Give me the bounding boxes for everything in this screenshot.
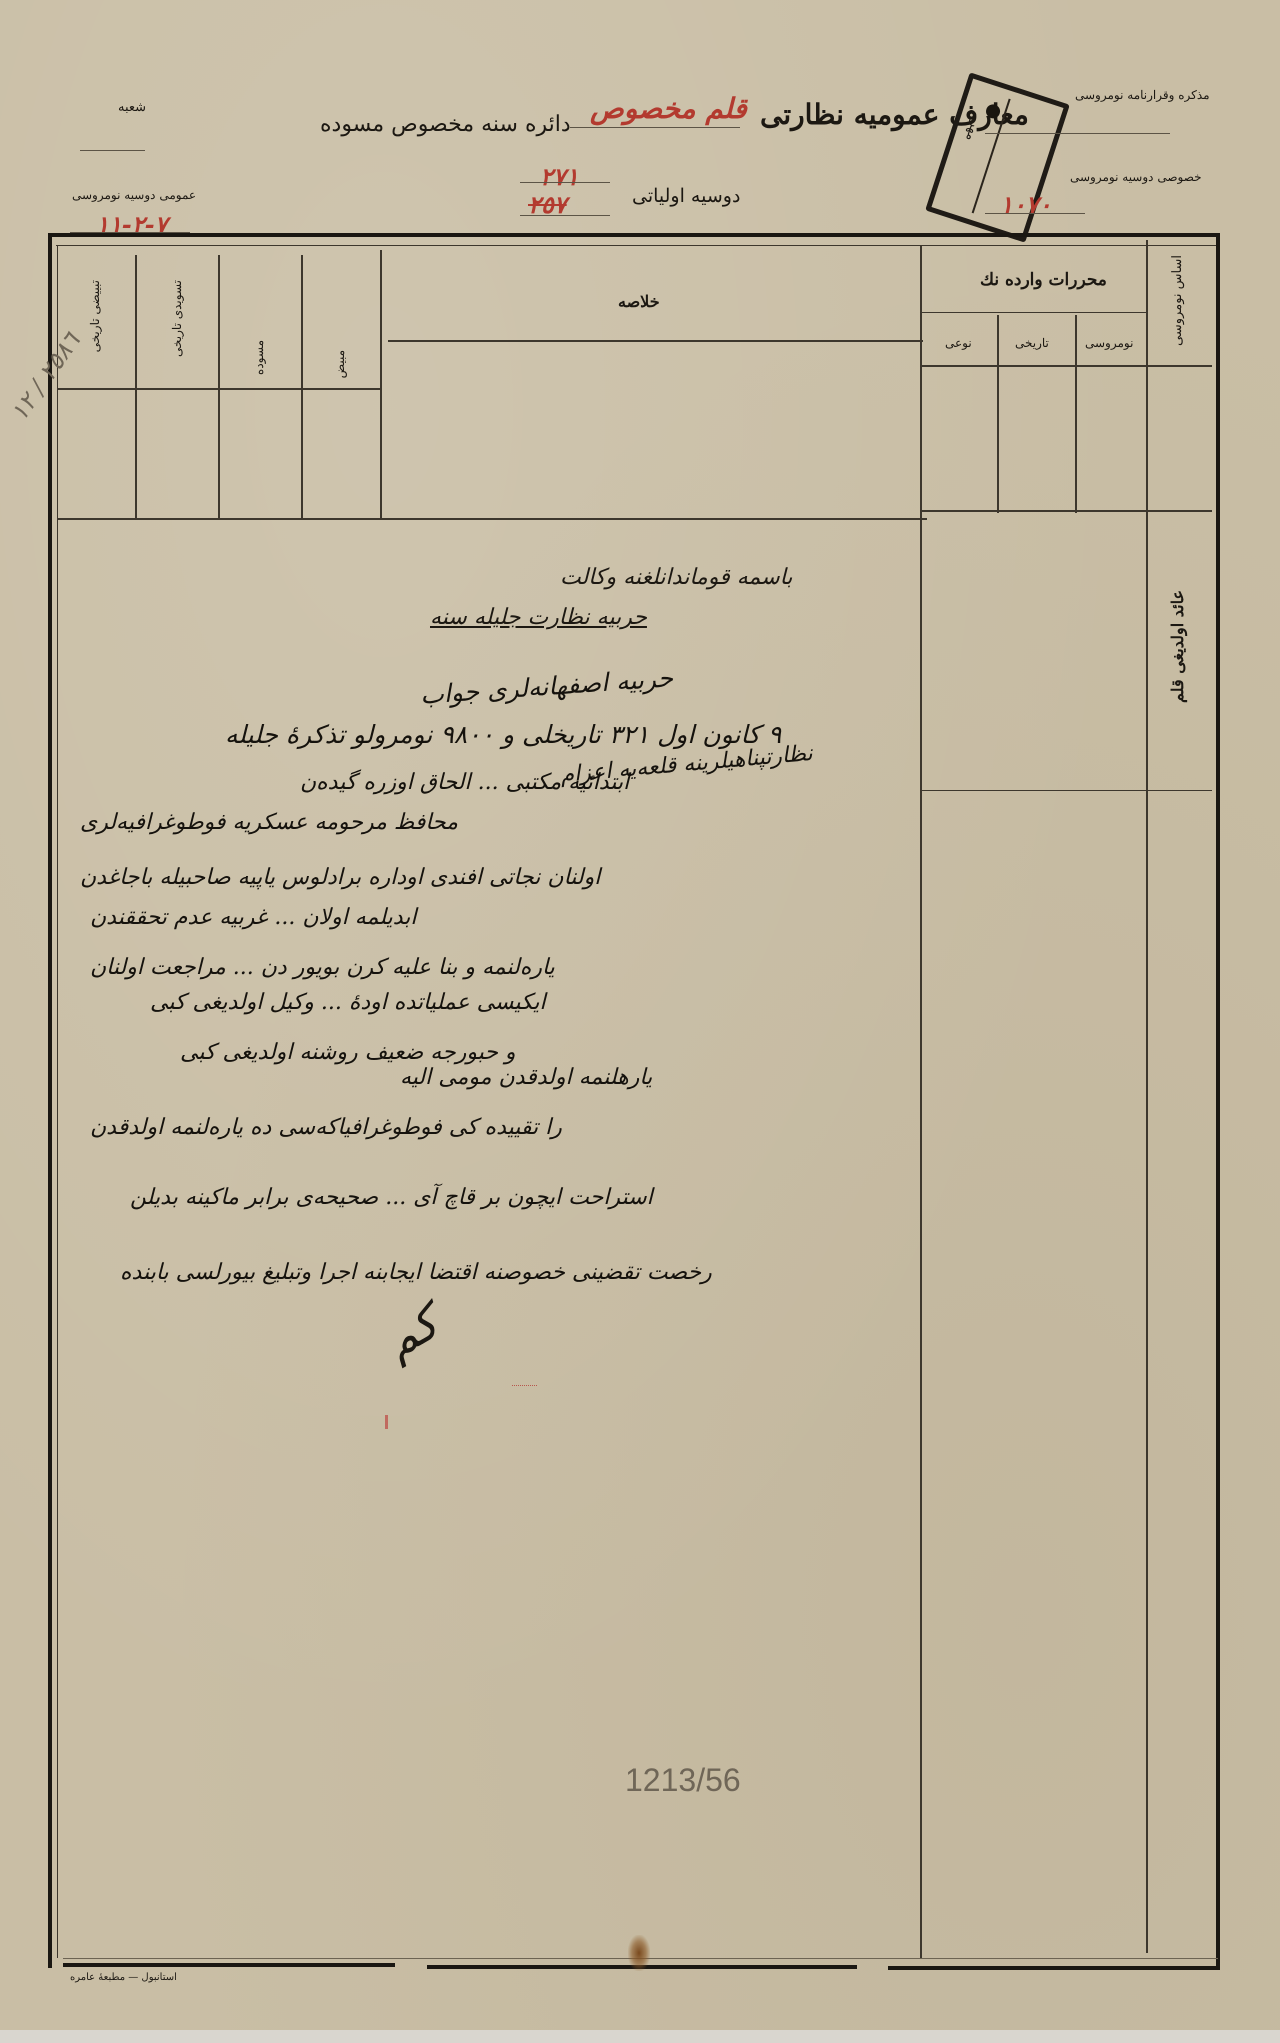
left-header-row-divider bbox=[57, 388, 380, 390]
incoming-header-divider bbox=[922, 312, 1147, 313]
related-office-divider bbox=[922, 790, 1212, 791]
incoming-papers-header: محررات وارده نك bbox=[980, 270, 1107, 290]
frame-bottom-1 bbox=[63, 1963, 395, 1967]
memo-decision-line bbox=[985, 133, 1170, 134]
frame-top bbox=[48, 233, 1220, 237]
body-line-0: حربیه اصفهانه‌لری جواب bbox=[419, 663, 674, 710]
ministry-underline bbox=[570, 127, 740, 128]
document-page: معارف عمومیه نظارتی قلم مخصوص دائره سنه … bbox=[0, 0, 1280, 2030]
header-bottom-divider bbox=[57, 518, 927, 520]
summary-header: خلاصه bbox=[618, 292, 660, 311]
body-line-1: ٩ کانون اول ٣٢١ تاریخلی و ٩٨٠٠ نومرولو ت… bbox=[225, 720, 781, 749]
incoming-date-header: تاریخی bbox=[1015, 336, 1049, 350]
red-ink-mark bbox=[512, 1385, 537, 1396]
special-dossier-line bbox=[985, 213, 1085, 214]
body-line-3: ابتدائیه مكتبی ... الحاق اوزره گیده‌ن bbox=[300, 770, 629, 795]
inner-top bbox=[56, 245, 1216, 246]
section-label: شعبه bbox=[118, 100, 146, 115]
signature: کم bbox=[375, 1295, 447, 1368]
printer-imprint: استانبول — مطبعۀ عامره bbox=[70, 1972, 177, 1983]
body-line-6: ابدیلمه اولان ... غربیه عدم تحققندن bbox=[90, 905, 417, 930]
header-clean-copy-date: تبییضی تاریخی bbox=[88, 280, 102, 352]
frame-bottom-3 bbox=[888, 1966, 1220, 1970]
related-office-header: عائد اولدیغی قلم bbox=[1168, 590, 1187, 703]
memo-decision-number-label: مذکره وقرارنامه نومروسی bbox=[1075, 88, 1210, 102]
dossier-sequence-line bbox=[520, 182, 610, 183]
department-label: دائره سنه مخصوص مسوده bbox=[320, 112, 571, 137]
incoming-sub-divider-2 bbox=[1075, 315, 1077, 513]
frame-right bbox=[1216, 233, 1220, 1970]
header-clean-copy: مبیض bbox=[333, 350, 347, 378]
incoming-sub-divider-1 bbox=[997, 315, 999, 513]
section-underline bbox=[80, 150, 145, 151]
general-dossier-number-label: عمومی دوسیه نومروسی bbox=[72, 188, 196, 202]
incoming-right-divider bbox=[1146, 240, 1148, 1953]
addressee-line-1: باسمه قوماندانلغنه وکالت bbox=[560, 565, 792, 590]
body-line-4: محافظ مرحومه عسکریه فوطوغرافیه‌لری bbox=[80, 810, 458, 835]
body-line-10: یارهلنمه اولدقدن مومی الیه bbox=[400, 1065, 652, 1090]
summary-header-divider bbox=[388, 340, 923, 342]
inner-left bbox=[57, 245, 58, 1958]
body-line-5: اولنان نجاتی افندی اوداره برادلوس یاپیه … bbox=[80, 865, 600, 890]
scan-background-strip bbox=[0, 2030, 1280, 2043]
dossier-sequence-value: ٢٧١ bbox=[540, 162, 579, 191]
summary-right-border bbox=[920, 245, 922, 1958]
body-line-9: و حبورجه ضعیف روشنه اولدیغی کبی bbox=[180, 1040, 516, 1065]
body-line-11: را تقییده کی فوطوغرافیاکه‌سی ده یاره‌لنم… bbox=[90, 1115, 562, 1140]
rust-stain bbox=[628, 1935, 650, 1971]
incoming-number-header: نومروسی bbox=[1085, 336, 1133, 350]
dossier-sequence-line-2 bbox=[520, 215, 610, 216]
col-divider-4 bbox=[380, 250, 382, 520]
body-line-8: ایکیسی عملیاتده اودۀ ... وکیل اولدیغی کب… bbox=[150, 990, 546, 1015]
frame-left bbox=[48, 233, 52, 1968]
special-dossier-number-label: خصوصی دوسیه نومروسی bbox=[1070, 170, 1202, 184]
margin-pencil-note: ٢٥٨٦ / ١٢ bbox=[5, 328, 86, 427]
special-dossier-number-value: ١٠٧٠ bbox=[1000, 190, 1052, 219]
body-line-13: رخصت تقضینی خصوصنه اقتضا ایجابنه اجرا وت… bbox=[120, 1260, 712, 1285]
header-draft: مسوده bbox=[252, 340, 266, 375]
incoming-type-header: نوعی bbox=[945, 336, 972, 350]
archive-number: 1213/56 bbox=[625, 1762, 741, 1799]
registry-section-divider bbox=[922, 510, 1212, 512]
red-ink-mark-2 bbox=[385, 1415, 388, 1429]
dossier-sequence-label: دوسیه اولیاتی bbox=[632, 185, 740, 207]
registry-number-header: اساس نومروسی bbox=[1170, 255, 1185, 346]
stamp-seal-dot bbox=[984, 103, 1002, 121]
body-line-12: استراحت ایچون بر قاچ آی ... صحیحه‌ی براب… bbox=[130, 1185, 653, 1210]
addressee-line-2: حربیه نظارت جلیله سنه bbox=[430, 605, 647, 630]
body-line-7: یاره‌لنمه و بنا علیه کرن بویور دن ... مر… bbox=[90, 955, 555, 980]
ministry-red-annotation: قلم مخصوص bbox=[590, 92, 747, 125]
stamp-text: مهر bbox=[962, 119, 982, 143]
incoming-subheader-bottom bbox=[922, 365, 1212, 367]
header-draft-date: تسویدی تاریخی bbox=[170, 280, 184, 357]
